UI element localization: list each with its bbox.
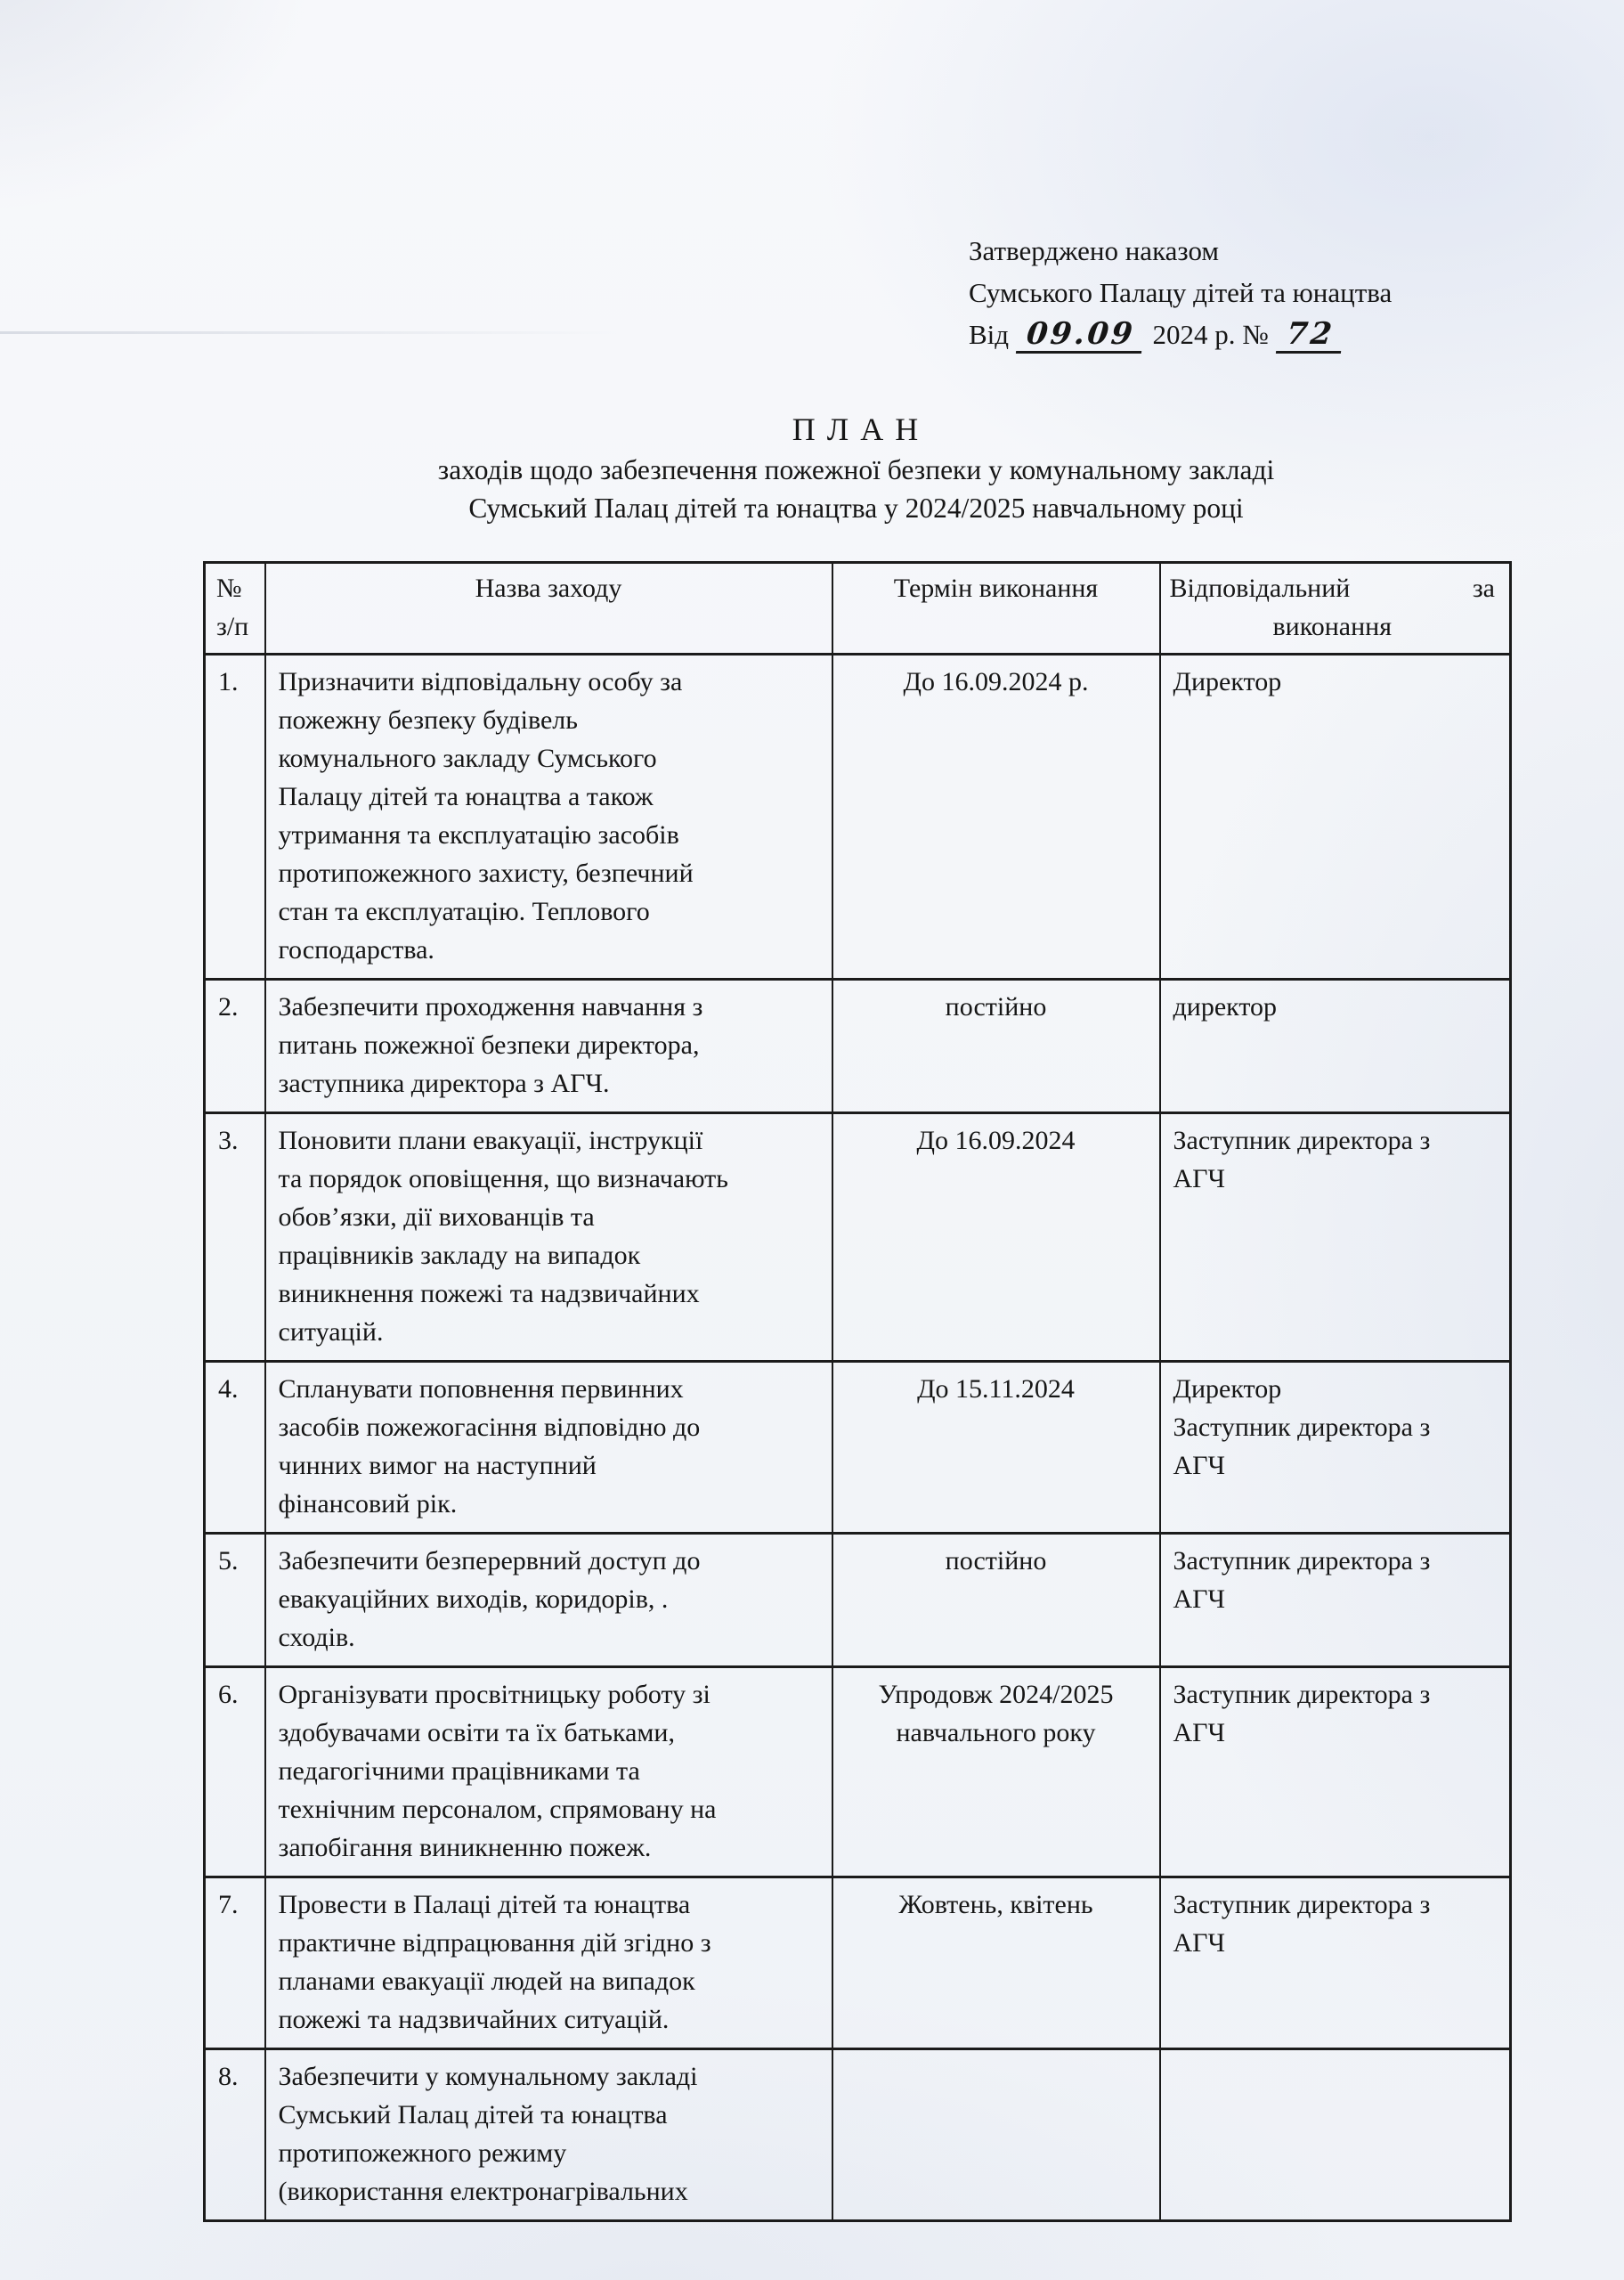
- plan-table: № з/п Назва заходу Термін виконання Відп…: [203, 561, 1512, 2222]
- deadline-cell: постійно: [832, 1534, 1160, 1667]
- responsible-cell: Заступник директора з АГЧ: [1160, 1113, 1511, 1362]
- responsible-cell: Директор: [1160, 655, 1511, 980]
- deadline-cell: До 15.11.2024: [832, 1362, 1160, 1534]
- table-row: 7. Провести в Палаці дітей та юнацтва пр…: [205, 1877, 1511, 2049]
- approval-line-1: Затверджено наказом: [969, 230, 1392, 272]
- table-row: 6. Організувати просвітницьку роботу зі …: [205, 1667, 1511, 1877]
- measure-name-cell: Спланувати поповнення первинних засобів …: [265, 1362, 832, 1534]
- header-responsible-line2: виконання: [1170, 607, 1496, 646]
- deadline-cell: Жовтень, квітень: [832, 1877, 1160, 2049]
- responsible-cell: директор: [1160, 980, 1511, 1113]
- deadline-cell: постійно: [832, 980, 1160, 1113]
- document-subtitle-line2: Сумський Палац дітей та юнацтва у 2024/2…: [203, 489, 1509, 527]
- measure-name-cell: Організувати просвітницьку роботу зі здо…: [265, 1667, 832, 1877]
- measure-name-cell: Забезпечити безперервний доступ до еваку…: [265, 1534, 832, 1667]
- measure-name-cell: Поновити плани евакуації, інструкції та …: [265, 1113, 832, 1362]
- deadline-cell: До 16.09.2024 р.: [832, 655, 1160, 980]
- measure-name-cell: Забезпечити у комунальному закладі Сумсь…: [265, 2049, 832, 2221]
- deadline-cell: Упродовж 2024/2025 навчального року: [832, 1667, 1160, 1877]
- approval-year-label: 2024 р. №: [1153, 313, 1269, 355]
- responsible-cell: Директор Заступник директора з АГЧ: [1160, 1362, 1511, 1534]
- row-number-cell: 7.: [205, 1877, 265, 2049]
- deadline-cell: До 16.09.2024: [832, 1113, 1160, 1362]
- handwritten-date: 09.09: [1016, 318, 1146, 354]
- responsible-cell: Заступник директора з АГЧ: [1160, 1667, 1511, 1877]
- row-number-cell: 2.: [205, 980, 265, 1113]
- document-subtitle-line1: заходів щодо забезпечення пожежної безпе…: [203, 451, 1509, 489]
- measure-name-cell: Провести в Палаці дітей та юнацтва практ…: [265, 1877, 832, 2049]
- table-row: 5. Забезпечити безперервний доступ до ев…: [205, 1534, 1511, 1667]
- header-measure-cell: Назва заходу: [265, 563, 832, 655]
- table-row: 3. Поновити плани евакуації, інструкції …: [205, 1113, 1511, 1362]
- row-number-cell: 1.: [205, 655, 265, 980]
- deadline-cell: [832, 2049, 1160, 2221]
- row-number-cell: 5.: [205, 1534, 265, 1667]
- responsible-cell: Заступник директора з АГЧ: [1160, 1877, 1511, 2049]
- approval-from-label: Від: [969, 313, 1009, 355]
- title-block: П Л А Н заходів щодо забезпечення пожежн…: [203, 408, 1509, 527]
- scan-crease-artifact: [0, 331, 623, 334]
- measure-name-cell: Забезпечити проходження навчання з питан…: [265, 980, 832, 1113]
- document-title: П Л А Н: [203, 408, 1509, 451]
- header-responsible-line1: Відповідальний за: [1170, 569, 1496, 607]
- header-responsible-word1: Відповідальний: [1170, 569, 1351, 607]
- table-row: 8. Забезпечити у комунальному закладі Су…: [205, 2049, 1511, 2221]
- header-number-cell: № з/п: [205, 563, 265, 655]
- row-number-cell: 4.: [205, 1362, 265, 1534]
- handwritten-order-number: 72: [1276, 318, 1345, 354]
- approval-line-3: Від 09.09 2024 р. № 72: [969, 313, 1392, 355]
- header-deadline-cell: Термін виконання: [832, 563, 1160, 655]
- table-row: 2. Забезпечити проходження навчання з пи…: [205, 980, 1511, 1113]
- table-row: 4. Спланувати поповнення первинних засоб…: [205, 1362, 1511, 1534]
- measure-name-cell: Призначити відповідальну особу за пожежн…: [265, 655, 832, 980]
- row-number-cell: 6.: [205, 1667, 265, 1877]
- header-responsible-cell: Відповідальний за виконання: [1160, 563, 1511, 655]
- row-number-cell: 8.: [205, 2049, 265, 2221]
- table-row: 1. Призначити відповідальну особу за пож…: [205, 655, 1511, 980]
- table-header-row: № з/п Назва заходу Термін виконання Відп…: [205, 563, 1511, 655]
- header-responsible-word2: за: [1473, 569, 1495, 607]
- row-number-cell: 3.: [205, 1113, 265, 1362]
- approval-line-2: Сумського Палацу дітей та юнацтва: [969, 272, 1392, 313]
- responsible-cell: [1160, 2049, 1511, 2221]
- responsible-cell: Заступник директора з АГЧ: [1160, 1534, 1511, 1667]
- approval-block: Затверджено наказом Сумського Палацу діт…: [969, 230, 1392, 355]
